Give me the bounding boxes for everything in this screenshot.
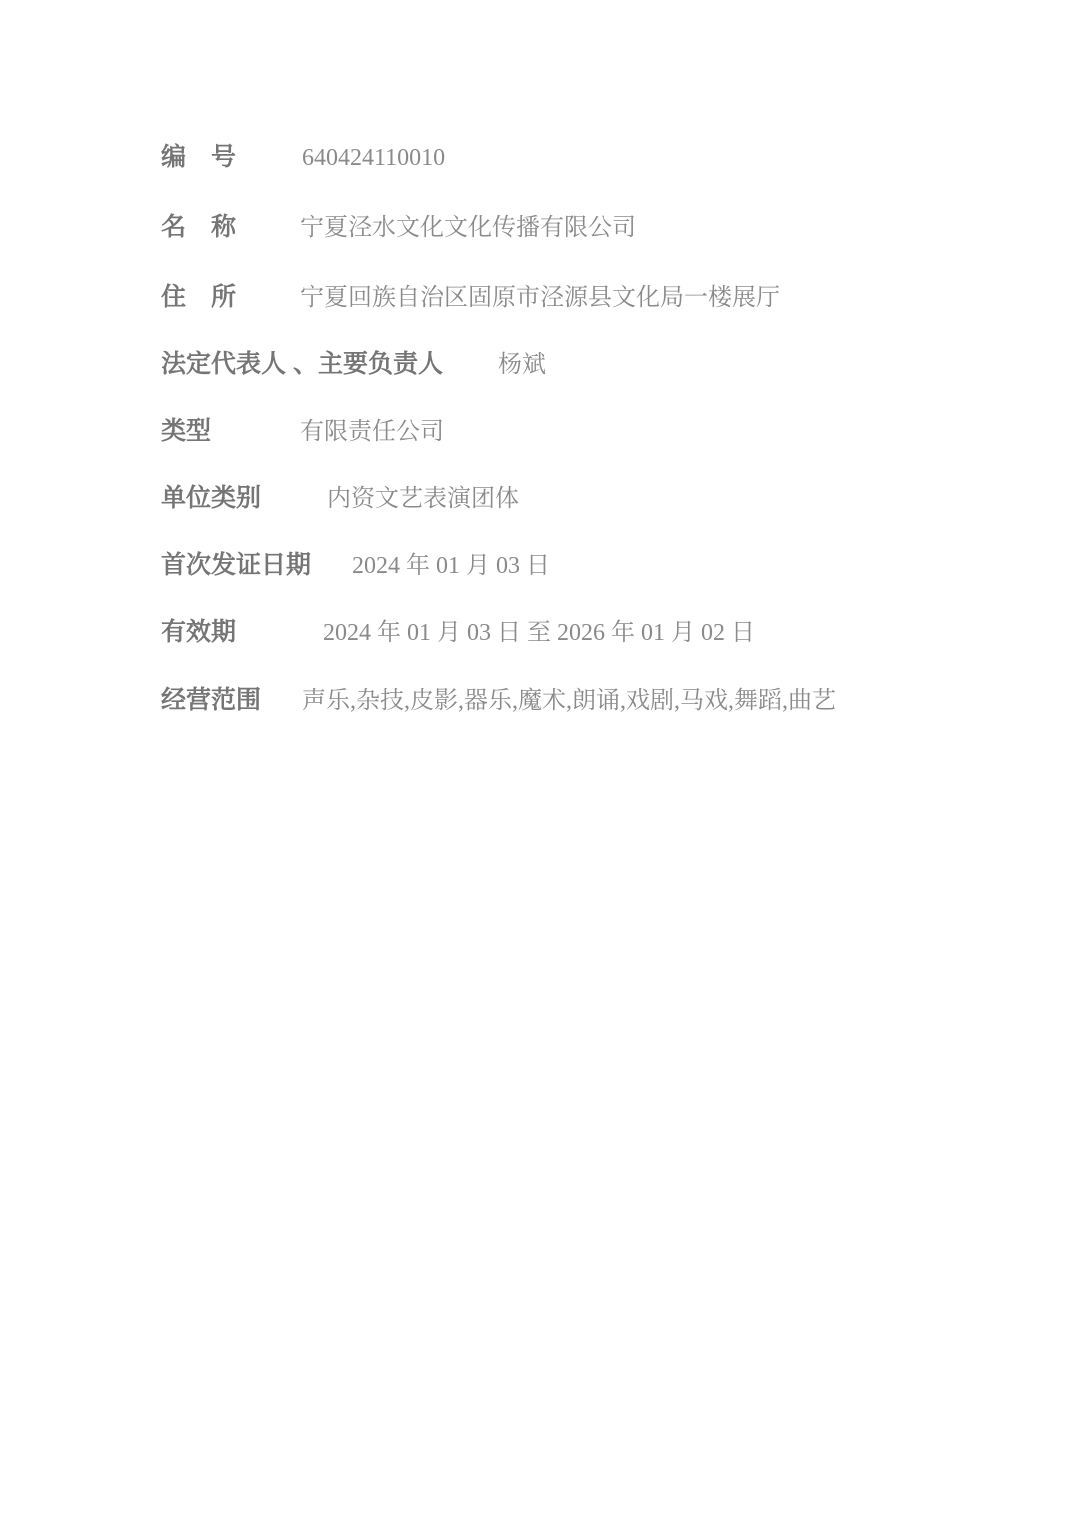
type-value: 有限责任公司 (300, 418, 444, 446)
field-row-address: 住 所 宁夏回族自治区固原市泾源县文化局一楼展厅 (161, 283, 236, 311)
field-row-serial-number: 编 号 640424110010 (161, 143, 236, 171)
legal-representative-label: 法定代表人 、主要负责人 (161, 350, 443, 378)
validity-period-label: 有效期 (161, 618, 236, 646)
field-row-unit-category: 单位类别 内资文艺表演团体 (161, 484, 261, 512)
address-value: 宁夏回族自治区固原市泾源县文化局一楼展厅 (300, 284, 780, 312)
field-row-business-scope: 经营范围 声乐,杂技,皮影,器乐,魔术,朗诵,戏剧,马戏,舞蹈,曲艺 (161, 686, 261, 714)
legal-representative-value: 杨斌 (498, 351, 546, 379)
unit-category-value: 内资文艺表演团体 (327, 485, 519, 513)
address-label: 住 所 (161, 283, 236, 311)
name-value: 宁夏泾水文化文化传播有限公司 (300, 214, 636, 242)
unit-category-label: 单位类别 (161, 484, 261, 512)
field-row-type: 类型 有限责任公司 (161, 417, 211, 445)
first-issue-date-label: 首次发证日期 (161, 551, 311, 579)
serial-number-label: 编 号 (161, 143, 236, 171)
validity-period-value: 2024 年 01 月 03 日 至 2026 年 01 月 02 日 (323, 619, 755, 647)
name-label: 名 称 (161, 213, 236, 241)
business-scope-value: 声乐,杂技,皮影,器乐,魔术,朗诵,戏剧,马戏,舞蹈,曲艺 (302, 687, 836, 715)
field-row-validity-period: 有效期 2024 年 01 月 03 日 至 2026 年 01 月 02 日 (161, 618, 236, 646)
first-issue-date-value: 2024 年 01 月 03 日 (352, 552, 550, 580)
field-row-legal-representative: 法定代表人 、主要负责人 杨斌 (161, 350, 443, 378)
type-label: 类型 (161, 417, 211, 445)
license-record-page: 编 号 640424110010 名 称 宁夏泾水文化文化传播有限公司 住 所 … (0, 0, 1074, 1520)
field-row-name: 名 称 宁夏泾水文化文化传播有限公司 (161, 213, 236, 241)
field-row-first-issue-date: 首次发证日期 2024 年 01 月 03 日 (161, 551, 311, 579)
serial-number-value: 640424110010 (302, 144, 445, 172)
business-scope-label: 经营范围 (161, 686, 261, 714)
